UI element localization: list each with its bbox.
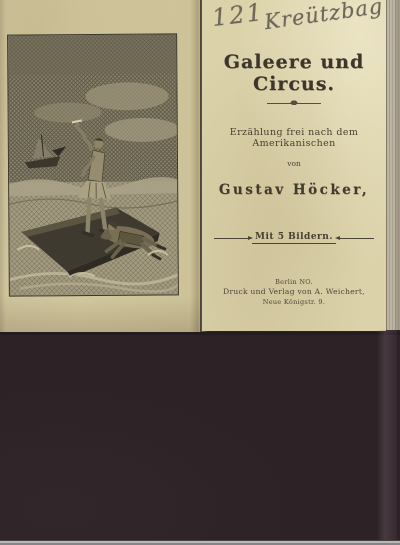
book-title: Galeere und Circus. [202, 51, 386, 95]
imprint-city: Berlin NO. [202, 277, 386, 287]
book-photo: 121 Kreützbag Galeere und Circus. Erzähl… [0, 0, 400, 545]
rule-arrow-right-icon [340, 238, 374, 239]
byline-prefix: von [202, 159, 386, 168]
page-fore-edge [386, 0, 400, 330]
surface-right-highlight [377, 330, 397, 541]
illustration-note: Mit 5 Bildern. [252, 232, 336, 244]
book-spread: 121 Kreützbag Galeere und Circus. Erzähl… [0, 0, 400, 334]
title-ornament [202, 94, 386, 106]
left-page-bottom-shadow [0, 296, 200, 333]
author-name: Gustav Höcker, [202, 182, 386, 198]
imprint-street: Neue Königstr. 9. [202, 297, 386, 307]
illustration-note-rule: Mit 5 Bildern. [202, 232, 386, 244]
imprint-publisher: Druck und Verlag von A. Weichert, [202, 287, 386, 297]
frontispiece-illustration [7, 33, 179, 296]
book-subtitle: Erzählung frei nach dem Amerikanischen [202, 127, 386, 149]
rule-arrow-left-icon [214, 238, 248, 239]
photo-bottom-edge [0, 540, 400, 545]
dark-table-surface [0, 332, 400, 541]
publisher-imprint: Berlin NO. Druck und Verlag von A. Weich… [202, 277, 386, 307]
engraving-scene-icon [8, 34, 178, 295]
flourish-icon [267, 99, 321, 109]
